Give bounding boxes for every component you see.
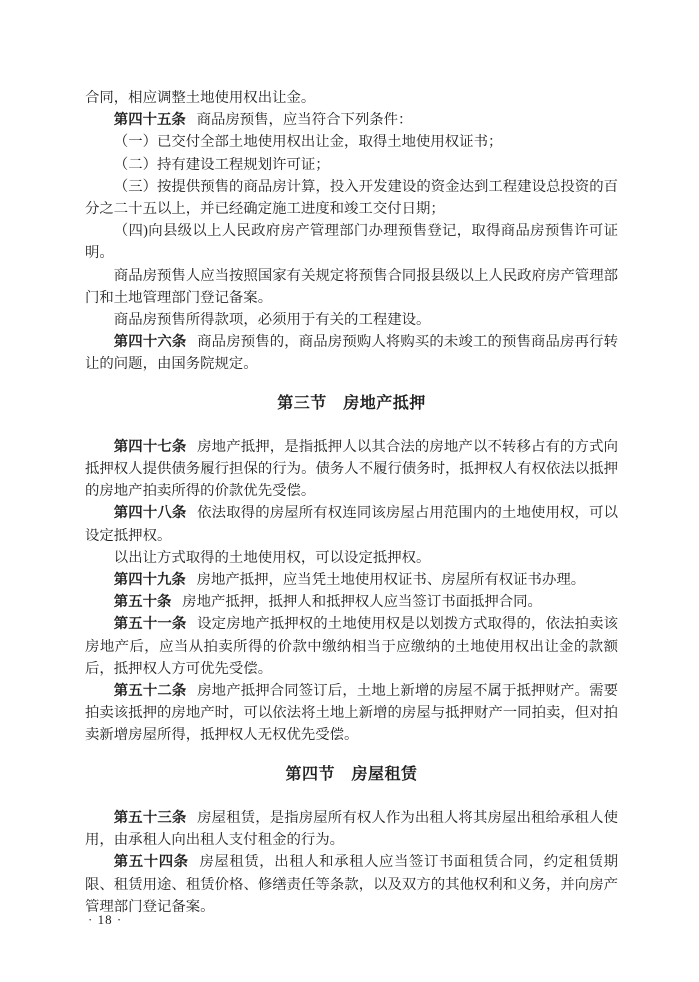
paragraph: 第四十五条商品房预售，应当符合下列条件： — [85, 109, 618, 131]
paragraph-text: 以出让方式取得的土地使用权，可以设定抵押权。 — [114, 550, 431, 566]
document-page: 合同，相应调整土地使用权出让金。 第四十五条商品房预售，应当符合下列条件： （一… — [0, 0, 699, 982]
article-number: 第四十八条 — [114, 505, 187, 521]
article-number: 第四十七条 — [114, 439, 187, 455]
article-number: 第五十二条 — [114, 683, 187, 699]
paragraph: 第四十八条依法取得的房屋所有权连同该房屋占用范围内的土地使用权，可以设定抵押权。 — [85, 502, 618, 546]
paragraph-text: 商品房预售所得款项，必须用于有关的工程建设。 — [114, 312, 431, 328]
paragraph: 第五十一条设定房地产抵押权的土地使用权是以划拨方式取得的，依法拍卖该房地产后，应… — [85, 613, 618, 680]
paragraph: （二）持有建设工程规划许可证； — [85, 154, 618, 176]
paragraph-text: （四)向县级以上人民政府房产管理部门办理预售登记，取得商品房预售许可证明。 — [85, 223, 618, 261]
paragraph: 第五十三条房屋租赁，是指房屋所有权人作为出租人将其房屋出租给承租人使用，由承租人… — [85, 807, 618, 851]
paragraph: 商品房预售所得款项，必须用于有关的工程建设。 — [85, 309, 618, 331]
section-heading: 第四节 房屋租赁 — [85, 764, 618, 786]
paragraph-text: 商品房预售，应当符合下列条件： — [197, 112, 413, 128]
paragraph: 第五十二条房地产抵押合同签订后，土地上新增的房屋不属于抵押财产。需要拍卖该抵押的… — [85, 680, 618, 747]
article-number: 第四十六条 — [114, 334, 187, 350]
paragraph-text: 商品房预售人应当按照国家有关规定将预售合同报县级以上人民政府房产管理部门和土地管… — [85, 268, 618, 306]
paragraph: 第四十七条房地产抵押，是指抵押人以其合法的房地产以不转移占有的方式向抵押权人提供… — [85, 436, 618, 503]
paragraph-text: （二）持有建设工程规划许可证； — [114, 157, 330, 173]
page-number: · 18 · — [88, 912, 122, 928]
paragraph-text: 房地产抵押，应当凭土地使用权证书、房屋所有权证书办理。 — [197, 572, 586, 588]
paragraph: 第五十四条房屋租赁，出租人和承租人应当签订书面租赁合同，约定租赁期限、租赁用途、… — [85, 851, 618, 918]
paragraph: （四)向县级以上人民政府房产管理部门办理预售登记，取得商品房预售许可证明。 — [85, 220, 618, 264]
paragraph-text: 合同，相应调整土地使用权出让金。 — [85, 90, 315, 106]
paragraph: 商品房预售人应当按照国家有关规定将预售合同报县级以上人民政府房产管理部门和土地管… — [85, 265, 618, 309]
article-number: 第四十九条 — [114, 572, 186, 588]
section-heading: 第三节 房地产抵押 — [85, 393, 618, 415]
article-number: 第五十一条 — [114, 616, 187, 632]
paragraph: （一）已交付全部土地使用权出让金，取得土地使用权证书； — [85, 131, 618, 153]
paragraph: （三）按提供预售的商品房计算，投入开发建设的资金达到工程建设总投资的百分之二十五… — [85, 176, 618, 220]
article-number: 第五十条 — [114, 594, 172, 610]
article-number: 第四十五条 — [114, 112, 186, 128]
paragraph: 第四十六条商品房预售的，商品房预购人将购买的未竣工的预售商品房再行转让的问题，由… — [85, 331, 618, 375]
paragraph-text: （一）已交付全部土地使用权出让金，取得土地使用权证书； — [114, 134, 503, 150]
paragraph-text: （三）按提供预售的商品房计算，投入开发建设的资金达到工程建设总投资的百分之二十五… — [85, 179, 618, 217]
text-column: 合同，相应调整土地使用权出让金。 第四十五条商品房预售，应当符合下列条件： （一… — [85, 87, 618, 918]
article-number: 第五十三条 — [114, 810, 187, 826]
paragraph-text: 房地产抵押，抵押人和抵押权人应当签订书面抵押合同。 — [182, 594, 542, 610]
paragraph: 以出让方式取得的土地使用权，可以设定抵押权。 — [85, 547, 618, 569]
paragraph: 第五十条房地产抵押，抵押人和抵押权人应当签订书面抵押合同。 — [85, 591, 618, 613]
paragraph: 第四十九条房地产抵押，应当凭土地使用权证书、房屋所有权证书办理。 — [85, 569, 618, 591]
paragraph: 合同，相应调整土地使用权出让金。 — [85, 87, 618, 109]
article-number: 第五十四条 — [114, 854, 189, 870]
